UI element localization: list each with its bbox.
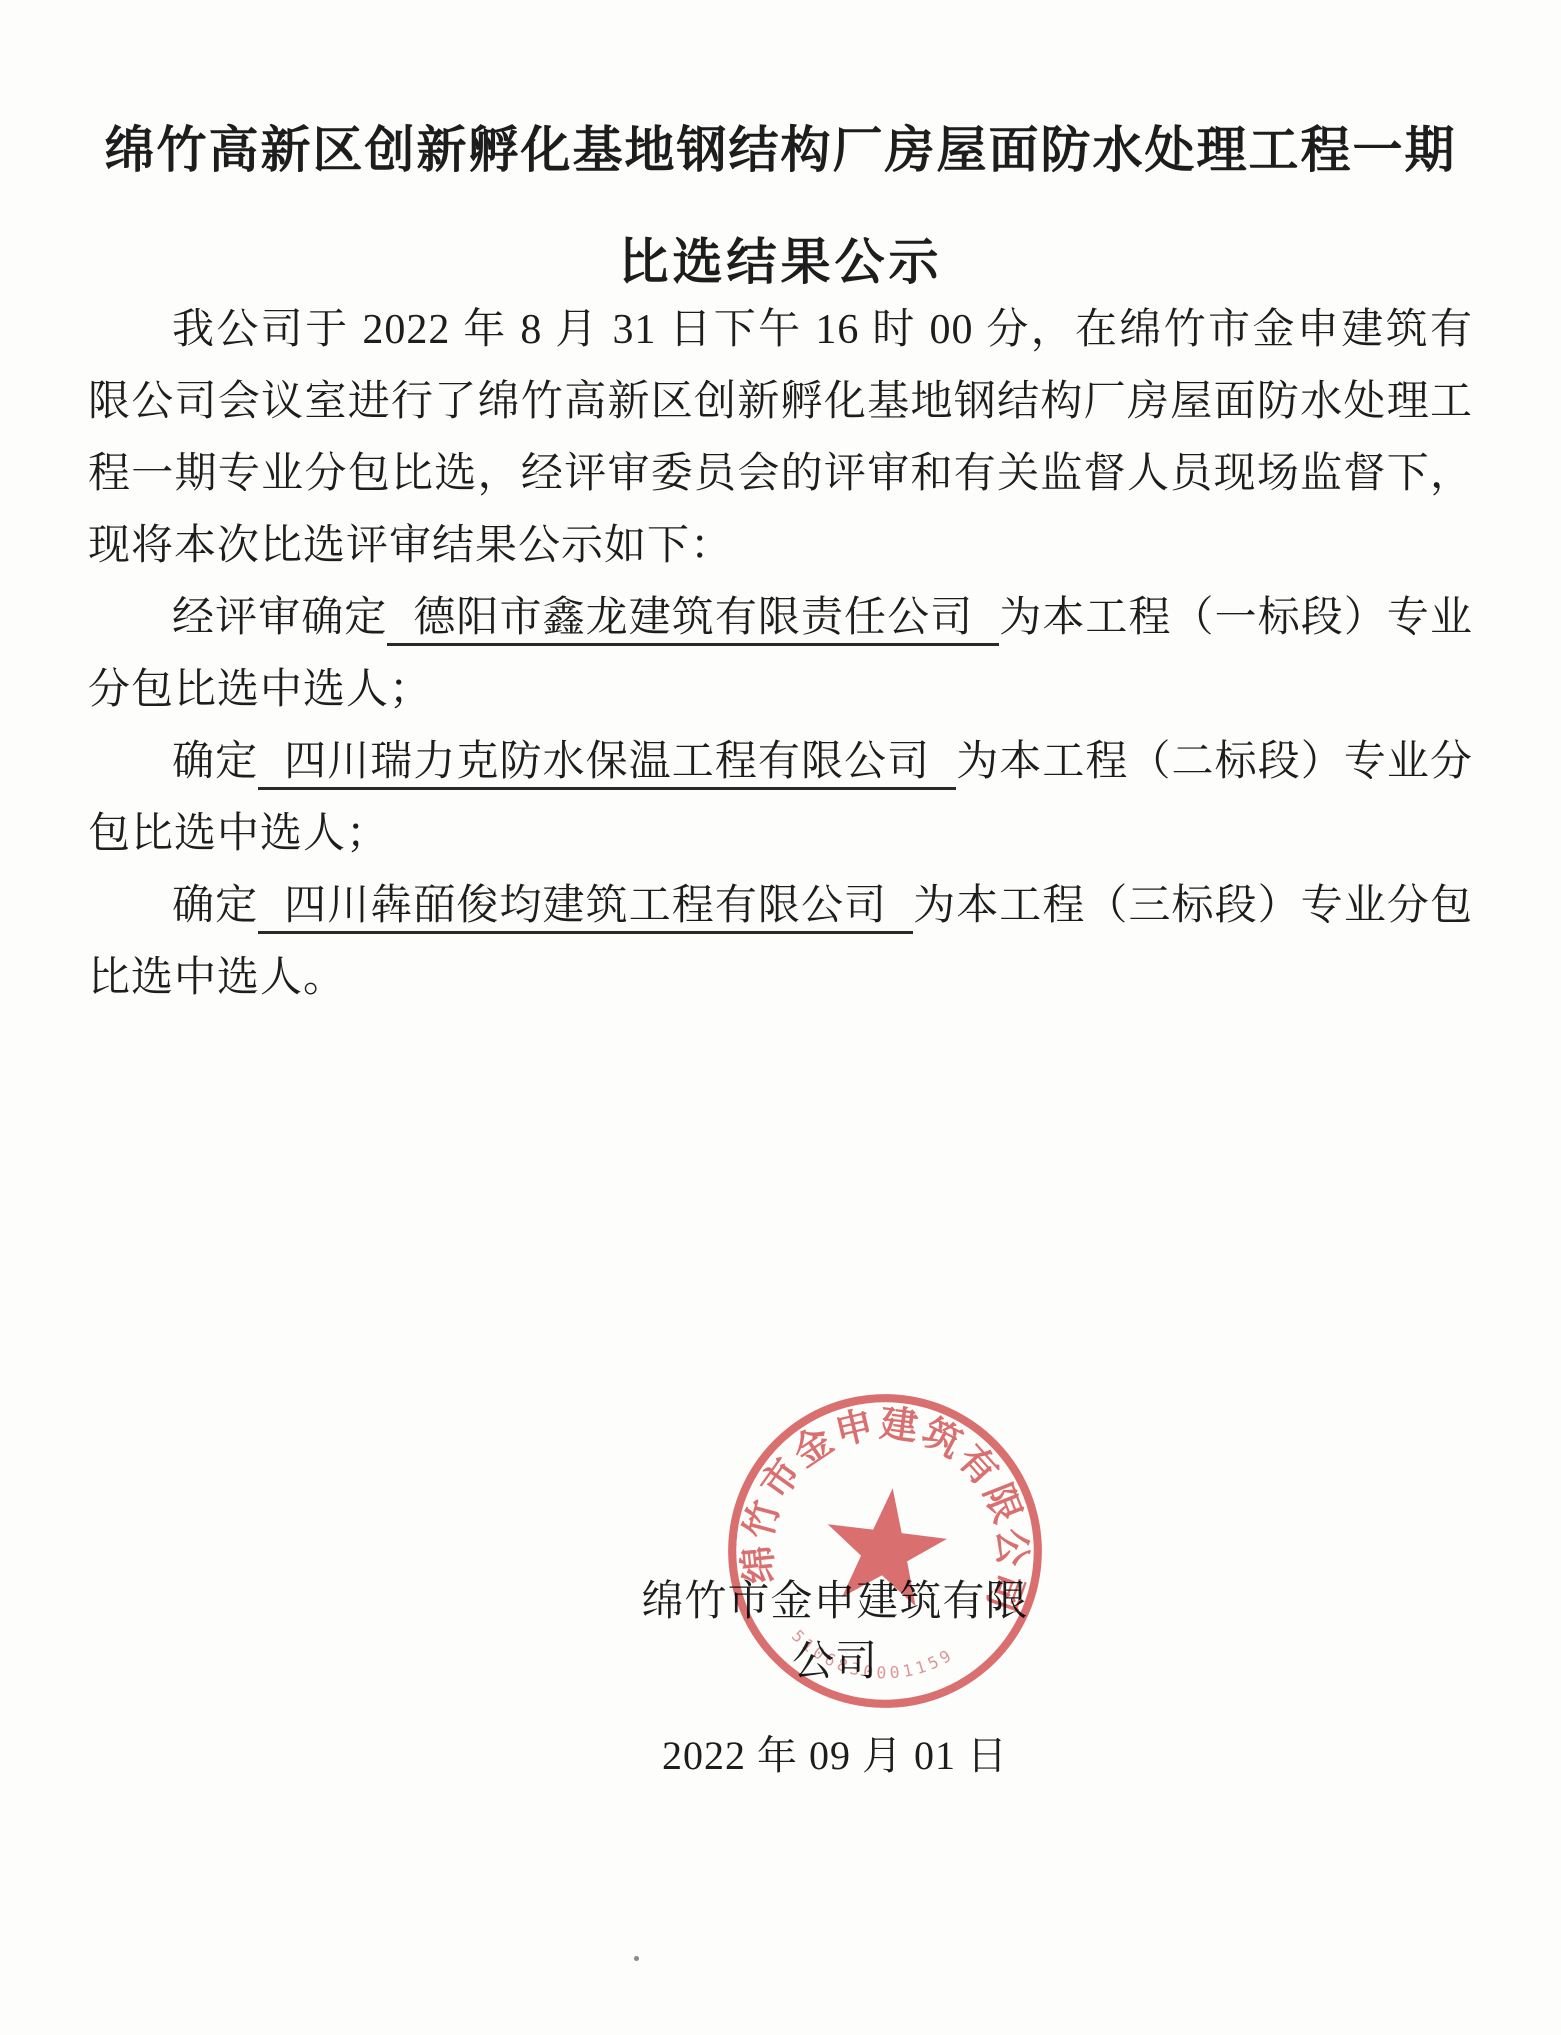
result-paragraph-lot2: 确定四川瑞力克防水保温工程有限公司为本工程（二标段）专业分包比选中选人； xyxy=(88,726,1473,870)
document-title-line-1: 绵竹高新区创新孵化基地钢结构厂房屋面防水处理工程一期 xyxy=(88,122,1473,180)
winner-company-lot2: 四川瑞力克防水保温工程有限公司 xyxy=(258,739,956,790)
intro-paragraph: 我公司于 2022 年 8 月 31 日下午 16 时 00 分，在绵竹市金申建… xyxy=(88,294,1473,582)
signature-date: 2022 年 09 月 01 日 xyxy=(640,1724,1030,1781)
winner-company-lot1: 德阳市鑫龙建筑有限责任公司 xyxy=(387,595,999,646)
result2-prefix: 确定 xyxy=(172,739,258,785)
result-paragraph-lot1: 经评审确定德阳市鑫龙建筑有限责任公司为本工程（一标段）专业分包比选中选人； xyxy=(88,582,1473,726)
scanned-notice-page: 绵竹高新区创新孵化基地钢结构厂房屋面防水处理工程一期 比选结果公示 我公司于 2… xyxy=(0,0,1561,2035)
document-title-line-2: 比选结果公示 xyxy=(88,222,1473,294)
signature-block: 绵竹市金申建筑有限公司 2022 年 09 月 01 日 xyxy=(640,1568,1030,1781)
result-paragraph-lot3: 确定四川犇皕俊均建筑工程有限公司为本工程（三标段）专业分包比选中选人。 xyxy=(88,870,1473,1014)
notice-text: 我公司于 2022 年 8 月 31 日下午 16 时 00 分，在绵竹市金申建… xyxy=(88,294,1473,1014)
result1-prefix: 经评审确定 xyxy=(172,595,387,641)
winner-company-lot3: 四川犇皕俊均建筑工程有限公司 xyxy=(258,883,913,934)
result3-prefix: 确定 xyxy=(172,883,258,929)
scan-speck xyxy=(634,1956,639,1961)
document-body: 绵竹高新区创新孵化基地钢结构厂房屋面防水处理工程一期 比选结果公示 我公司于 2… xyxy=(88,0,1473,1014)
signature-company-name: 绵竹市金申建筑有限公司 xyxy=(640,1568,1030,1688)
